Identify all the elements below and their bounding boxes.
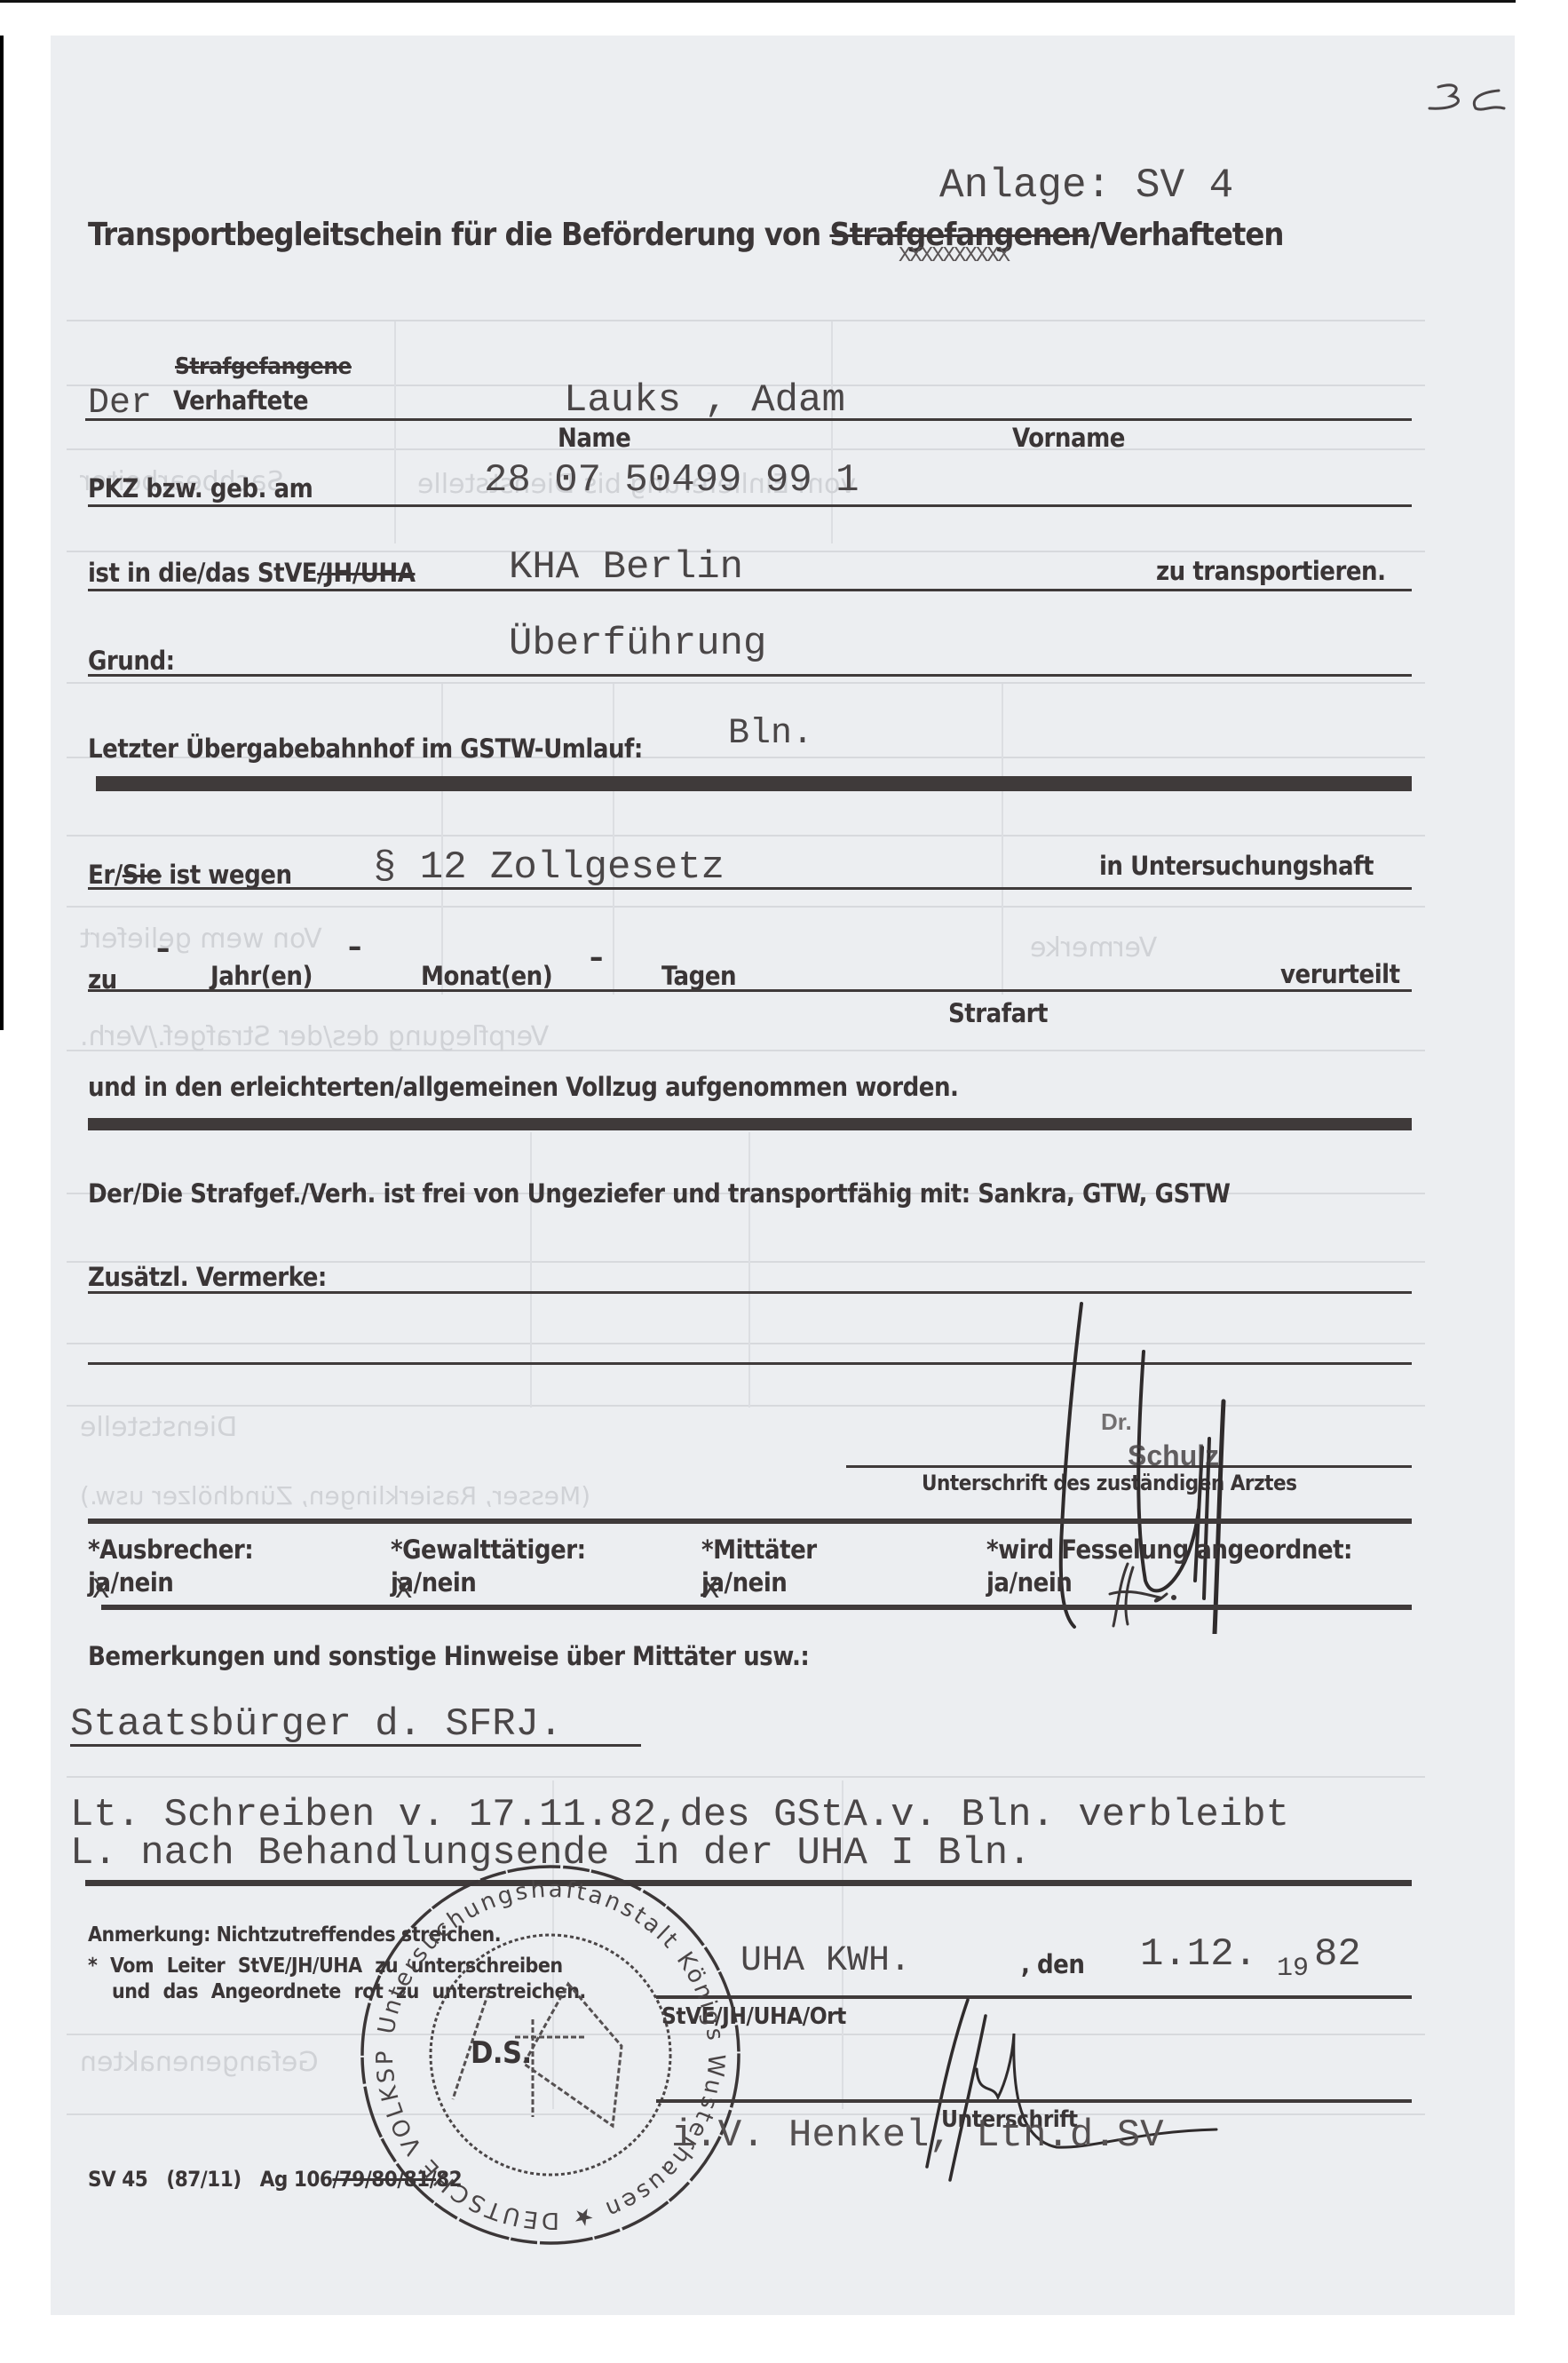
print-years-current: 82 <box>436 2167 462 2192</box>
notes-line-1 <box>88 1291 1412 1294</box>
section-divider-1 <box>96 776 1412 791</box>
reason-field[interactable]: Überführung <box>509 622 766 666</box>
destination-field[interactable]: KHA Berlin <box>509 545 743 590</box>
days-label: Tagen <box>661 961 736 991</box>
seal-label: D.S. <box>471 2035 532 2071</box>
title-suffix: /Verhafteten <box>1090 217 1284 253</box>
penalty-type-caption: Strafart <box>948 998 1048 1028</box>
destination-label-struck: /JH/UHA <box>317 558 415 588</box>
reason-label: Grund: <box>88 646 175 676</box>
charge-label-struck: Sie <box>123 860 162 890</box>
official-seal: Untersuchungshaftanstalt Königs Wusterha… <box>355 1859 746 2250</box>
last-station-label: Letzter Übergabebahnhof im GSTW-Umlauf: <box>88 733 643 764</box>
strike-mark-icon: X <box>92 1574 109 1606</box>
name-field[interactable]: Lauks , Adam <box>564 378 845 423</box>
den-label: , den <box>1021 1949 1084 1979</box>
handwritten-page-number <box>1421 78 1509 123</box>
person-label-struck: Strafgefangene <box>175 353 352 380</box>
form-code: SV 45 <box>88 2167 147 2192</box>
flags-bottom-line <box>101 1605 1412 1610</box>
scan-left-border <box>0 36 4 1030</box>
charge-status: in Untersuchungshaft <box>1099 851 1374 881</box>
flags-top-line <box>88 1519 1412 1524</box>
title-prefix: Transportbegleitschein für die Beförderu… <box>88 217 829 253</box>
remarks-bottom-line <box>85 1880 1412 1886</box>
health-text: Der/Die Strafgef./Verh. ist frei von Ung… <box>88 1178 1230 1209</box>
flag-escapee-label: *Ausbrecher: <box>88 1534 253 1565</box>
scan-top-border <box>0 0 1516 3</box>
year-field[interactable]: 82 <box>1314 1932 1361 1977</box>
verdict-label: verurteilt <box>1280 959 1400 989</box>
strike-mark-icon: X <box>395 1574 412 1606</box>
year-prefix: 19 <box>1277 1954 1309 1984</box>
charge-label-suffix: ist wegen <box>162 860 292 890</box>
sentence-line <box>88 989 1412 992</box>
notes-label: Zusätzl. Vermerke: <box>88 1262 327 1292</box>
signer-name: i.V. Henkel, Ltn.d.SV <box>671 2113 1164 2158</box>
remarks-line-1[interactable]: Staatsbürger d. SFRJ. <box>70 1702 563 1747</box>
remarks-line-1-underline <box>70 1744 641 1747</box>
pkz-field[interactable]: 28 07 50499 99 1 <box>484 458 859 503</box>
name-line <box>85 418 1412 421</box>
destination-label: ist in die/das StVE/JH/UHA <box>88 558 415 588</box>
flag-shackling-options[interactable]: ja/nein <box>986 1567 1072 1598</box>
form-version: (87/11) <box>166 2167 241 2192</box>
title-overstrike: XXXXXXXXXX <box>899 244 1009 268</box>
last-station-field[interactable]: Bln. <box>728 714 813 754</box>
person-label: Verhaftete <box>173 385 308 416</box>
charge-line <box>88 887 1412 890</box>
custody-text: und in den erleichterten/allgemeinen Vol… <box>88 1072 958 1102</box>
section-divider-2 <box>88 1118 1412 1130</box>
charge-label-prefix: Er/ <box>88 860 123 890</box>
destination-label-prefix: ist in die/das StVE <box>88 558 317 588</box>
name-caption: Name <box>558 423 630 453</box>
destination-line <box>88 589 1412 591</box>
days-field[interactable]: – <box>590 940 603 975</box>
firstname-caption: Vorname <box>1012 423 1125 453</box>
print-years-struck: /79/80/81/ <box>332 2167 436 2192</box>
flag-violent-label: *Gewalttätiger: <box>391 1534 586 1565</box>
svg-text:Schulz: Schulz <box>1128 1439 1219 1471</box>
charge-label: Er/Sie ist wegen <box>88 860 292 890</box>
attachment-label: Anlage: SV 4 <box>939 163 1233 209</box>
form-title: Transportbegleitschein für die Beförderu… <box>88 217 1283 253</box>
reason-line <box>88 674 1412 677</box>
years-label: Jahr(en) <box>210 961 313 991</box>
flag-accomplice-label: *Mittäter <box>701 1534 817 1565</box>
pkz-label: PKZ bzw. geb. am <box>88 473 313 504</box>
charge-field[interactable]: § 12 Zollgesetz <box>373 845 725 890</box>
signature-line <box>656 2099 1412 2103</box>
months-label: Monat(en) <box>421 961 552 991</box>
print-prefix: Ag 106 <box>260 2167 333 2192</box>
pkz-line <box>88 504 1412 507</box>
months-field[interactable]: – <box>348 929 361 964</box>
svg-text:Dr.: Dr. <box>1101 1408 1132 1435</box>
date-field[interactable]: 1.12. <box>1140 1932 1257 1977</box>
form-footer: SV 45 (87/11) Ag 106/79/80/81/82 <box>88 2167 462 2192</box>
destination-suffix: zu transportieren. <box>1156 556 1386 586</box>
years-field[interactable]: – <box>156 931 170 966</box>
shackling-initials <box>1101 1558 1181 1630</box>
strike-mark-icon: X <box>702 1574 719 1606</box>
remarks-label: Bemerkungen und sonstige Hinweise über M… <box>88 1641 809 1671</box>
place-field[interactable]: UHA KWH. <box>740 1941 911 1981</box>
